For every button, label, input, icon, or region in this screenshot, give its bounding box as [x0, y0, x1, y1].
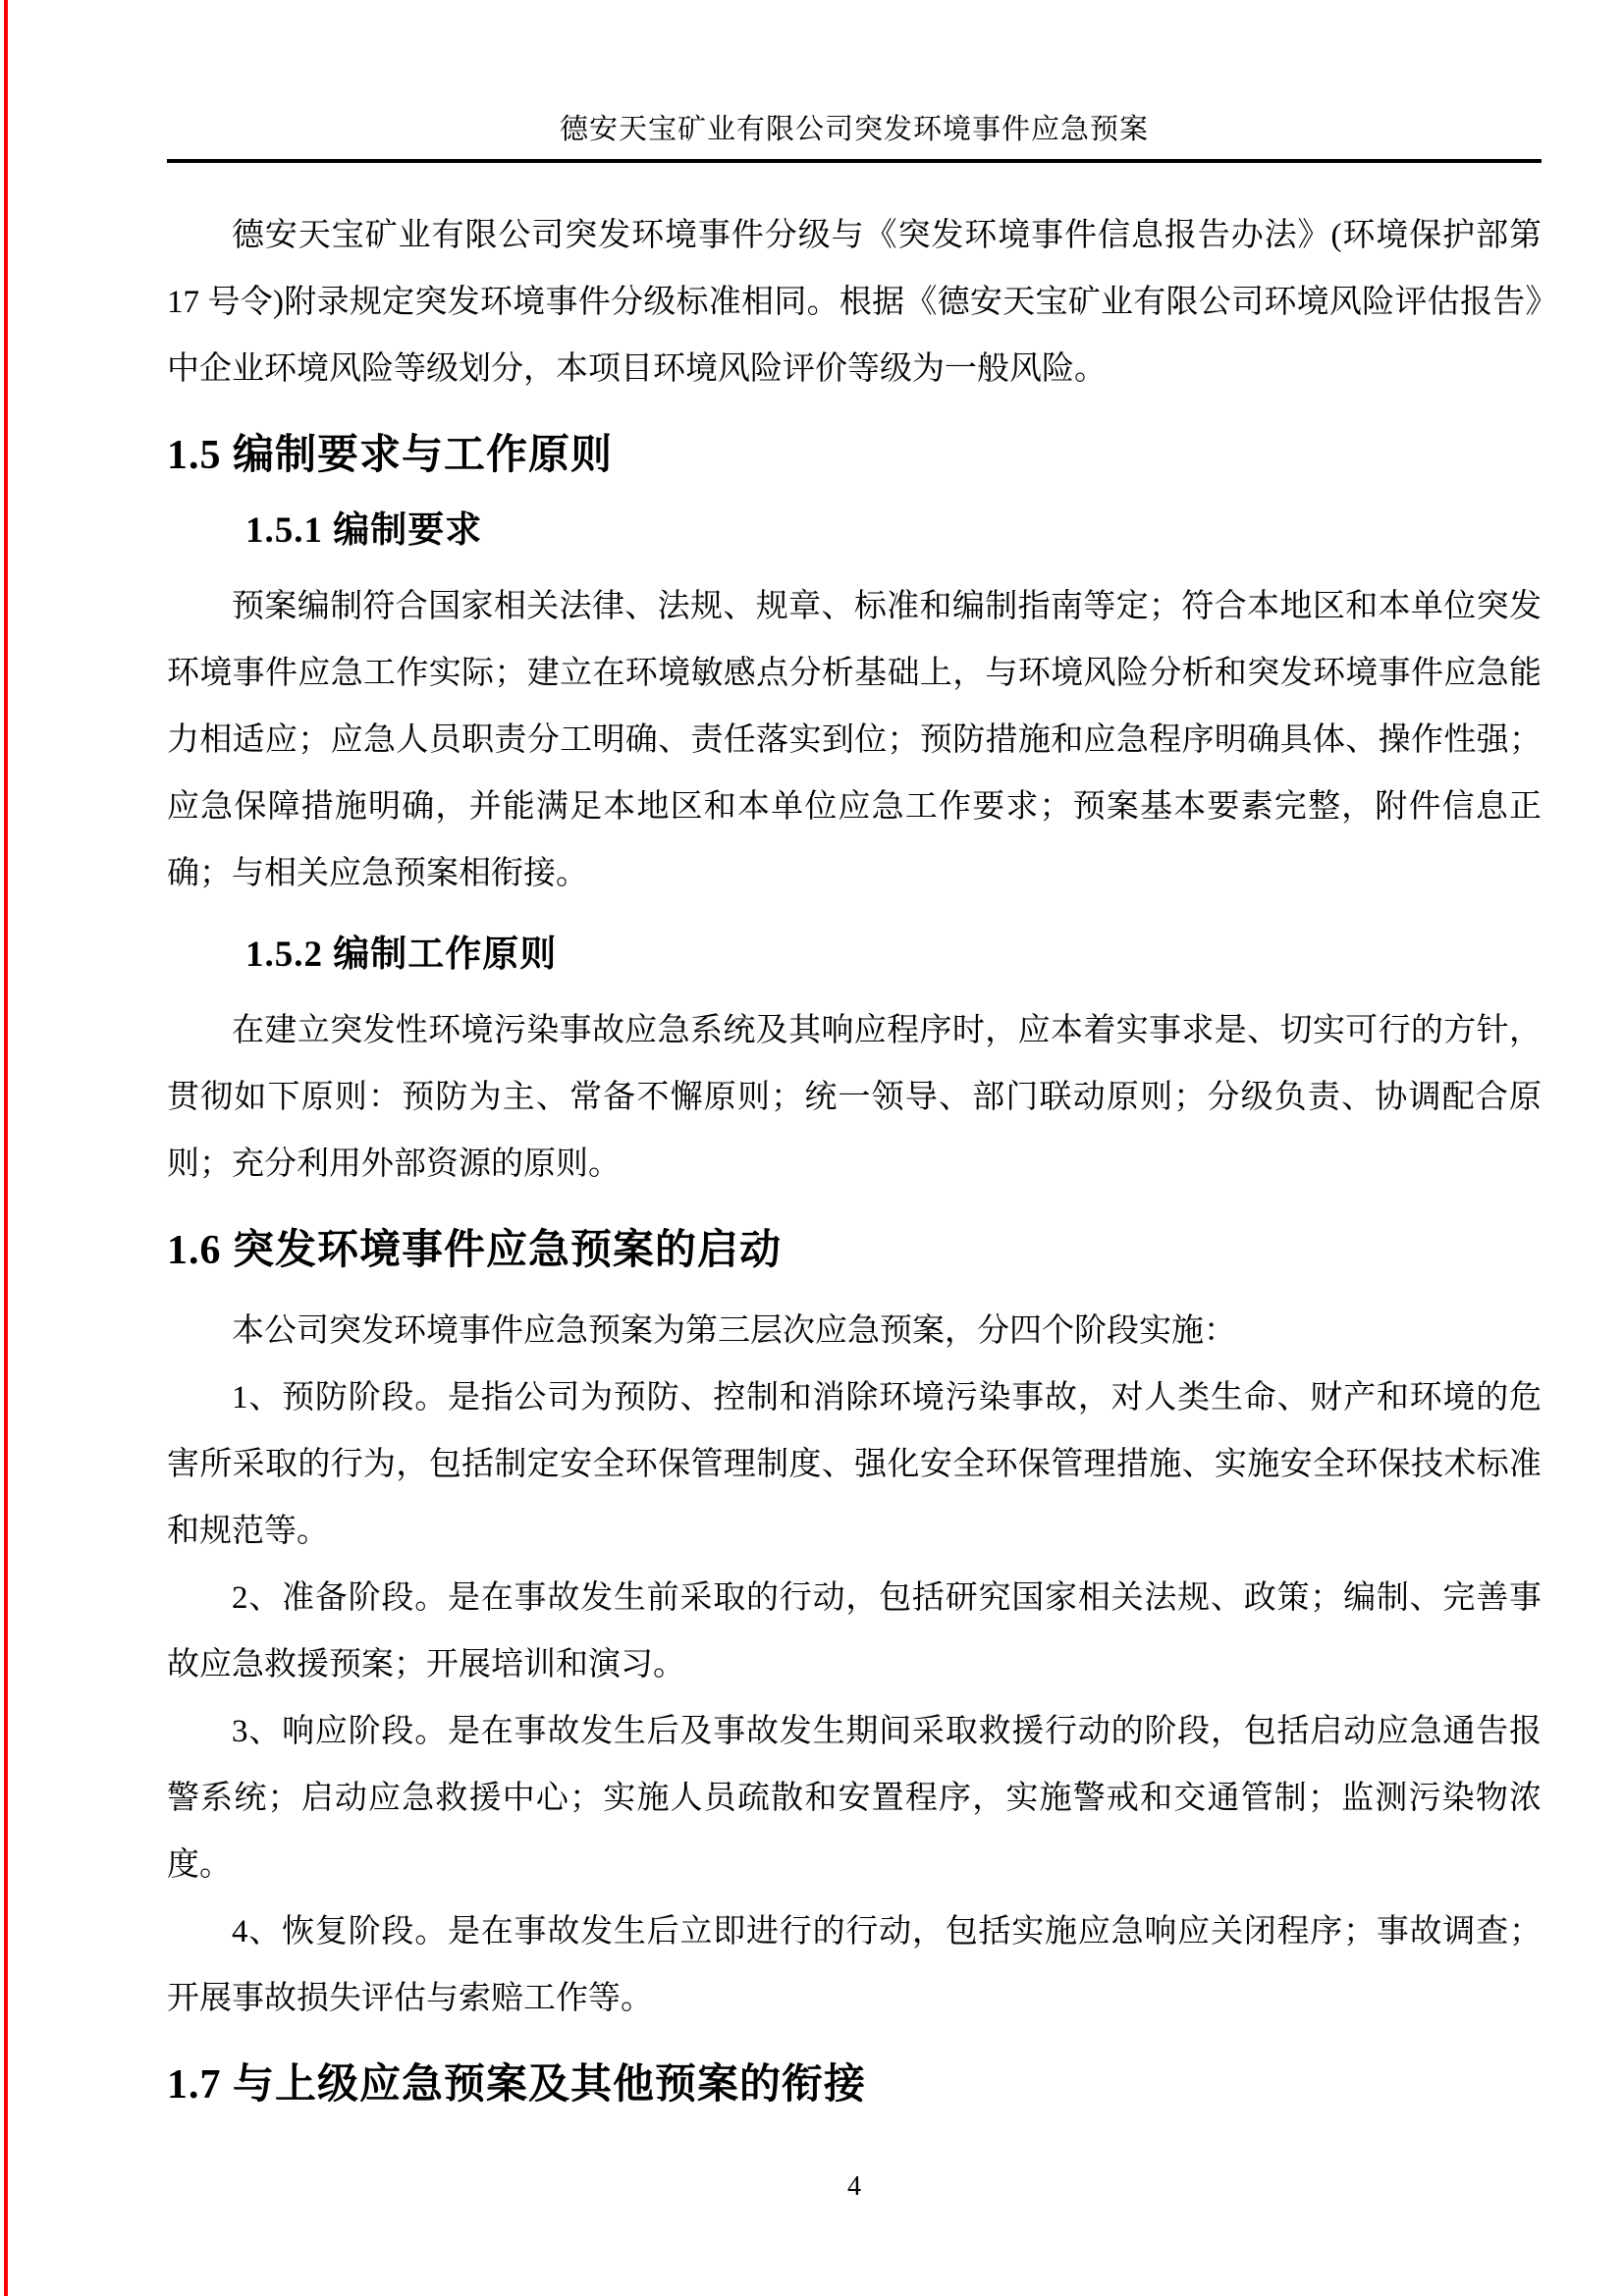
doc-paragraph-stage-2-preparation: 2、准备阶段。是在事故发生前采取的行动，包括研究国家相关法规、政策；编制、完善事…: [167, 1565, 1542, 1698]
doc-paragraph-intro: 德安天宝矿业有限公司突发环境事件分级与《突发环境事件信息报告办法》(环境保护部第…: [167, 202, 1542, 402]
section-heading-1-6: 1.6 突发环境事件应急预案的启动: [167, 1223, 1542, 1278]
left-edge-red-marker: [4, 0, 8, 2296]
doc-paragraph-work-principles: 在建立突发性环境污染事故应急系统及其响应程序时，应本着实事求是、切实可行的方针，…: [167, 997, 1542, 1198]
doc-paragraph-stage-3-response: 3、响应阶段。是在事故发生后及事故发生期间采取救援行动的阶段，包括启动应急通告报…: [167, 1698, 1542, 1898]
doc-paragraph-compilation-requirements: 预案编制符合国家相关法律、法规、规章、标准和编制指南等定；符合本地区和本单位突发…: [167, 573, 1542, 907]
document-page: 德安天宝矿业有限公司突发环境事件应急预案 德安天宝矿业有限公司突发环境事件分级与…: [0, 0, 1624, 2296]
document-content: 德安天宝矿业有限公司突发环境事件应急预案 德安天宝矿业有限公司突发环境事件分级与…: [167, 0, 1542, 2132]
subsection-heading-1-5-1: 1.5.1 编制要求: [167, 507, 1542, 556]
page-header: 德安天宝矿业有限公司突发环境事件应急预案: [167, 0, 1542, 163]
section-heading-1-7: 1.7 与上级应急预案及其他预案的衔接: [167, 2057, 1542, 2112]
header-rule: [167, 159, 1542, 163]
doc-paragraph-plan-levels: 本公司突发环境事件应急预案为第三层次应急预案，分四个阶段实施：: [167, 1298, 1542, 1364]
page-number: 4: [167, 2171, 1542, 2203]
header-title: 德安天宝矿业有限公司突发环境事件应急预案: [167, 110, 1542, 149]
subsection-heading-1-5-2: 1.5.2 编制工作原则: [167, 931, 1542, 980]
section-heading-1-5: 1.5 编制要求与工作原则: [167, 428, 1542, 483]
doc-paragraph-stage-1-prevention: 1、预防阶段。是指公司为预防、控制和消除环境污染事故，对人类生命、财产和环境的危…: [167, 1364, 1542, 1565]
doc-paragraph-stage-4-recovery: 4、恢复阶段。是在事故发生后立即进行的行动，包括实施应急响应关闭程序；事故调查；…: [167, 1898, 1542, 2032]
